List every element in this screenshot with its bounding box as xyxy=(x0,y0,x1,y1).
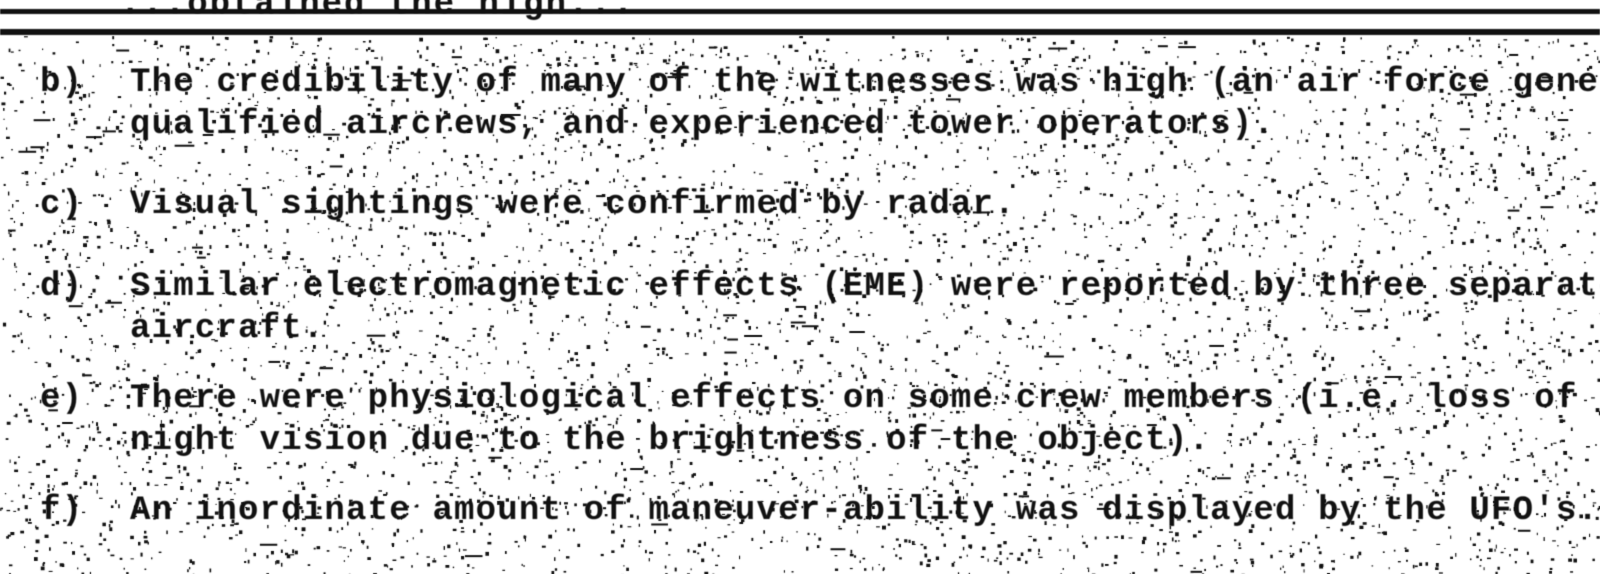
item-line: aircraft. xyxy=(130,310,324,348)
item-marker: d) xyxy=(40,268,83,306)
header-rule-top xyxy=(0,9,1600,14)
item-line: night vision due to the brightness of th… xyxy=(130,422,1210,460)
item-marker: e) xyxy=(40,380,83,418)
item-line: The credibility of many of the witnesses… xyxy=(130,64,1600,102)
item-line: There were physiological effects on some… xyxy=(130,380,1577,418)
item-line: Similar electromagnetic effects (EME) we… xyxy=(130,268,1600,306)
item-line: qualified aircrews, and experienced towe… xyxy=(130,106,1275,144)
item-marker: f) xyxy=(40,492,83,530)
item-line: An inordinate amount of maneuver-ability… xyxy=(130,492,1599,530)
item-marker: c) xyxy=(40,186,83,224)
header-rule-bottom xyxy=(0,29,1600,35)
item-line: Visual sightings were confirmed by radar… xyxy=(130,186,1016,224)
item-marker: b) xyxy=(40,64,83,102)
